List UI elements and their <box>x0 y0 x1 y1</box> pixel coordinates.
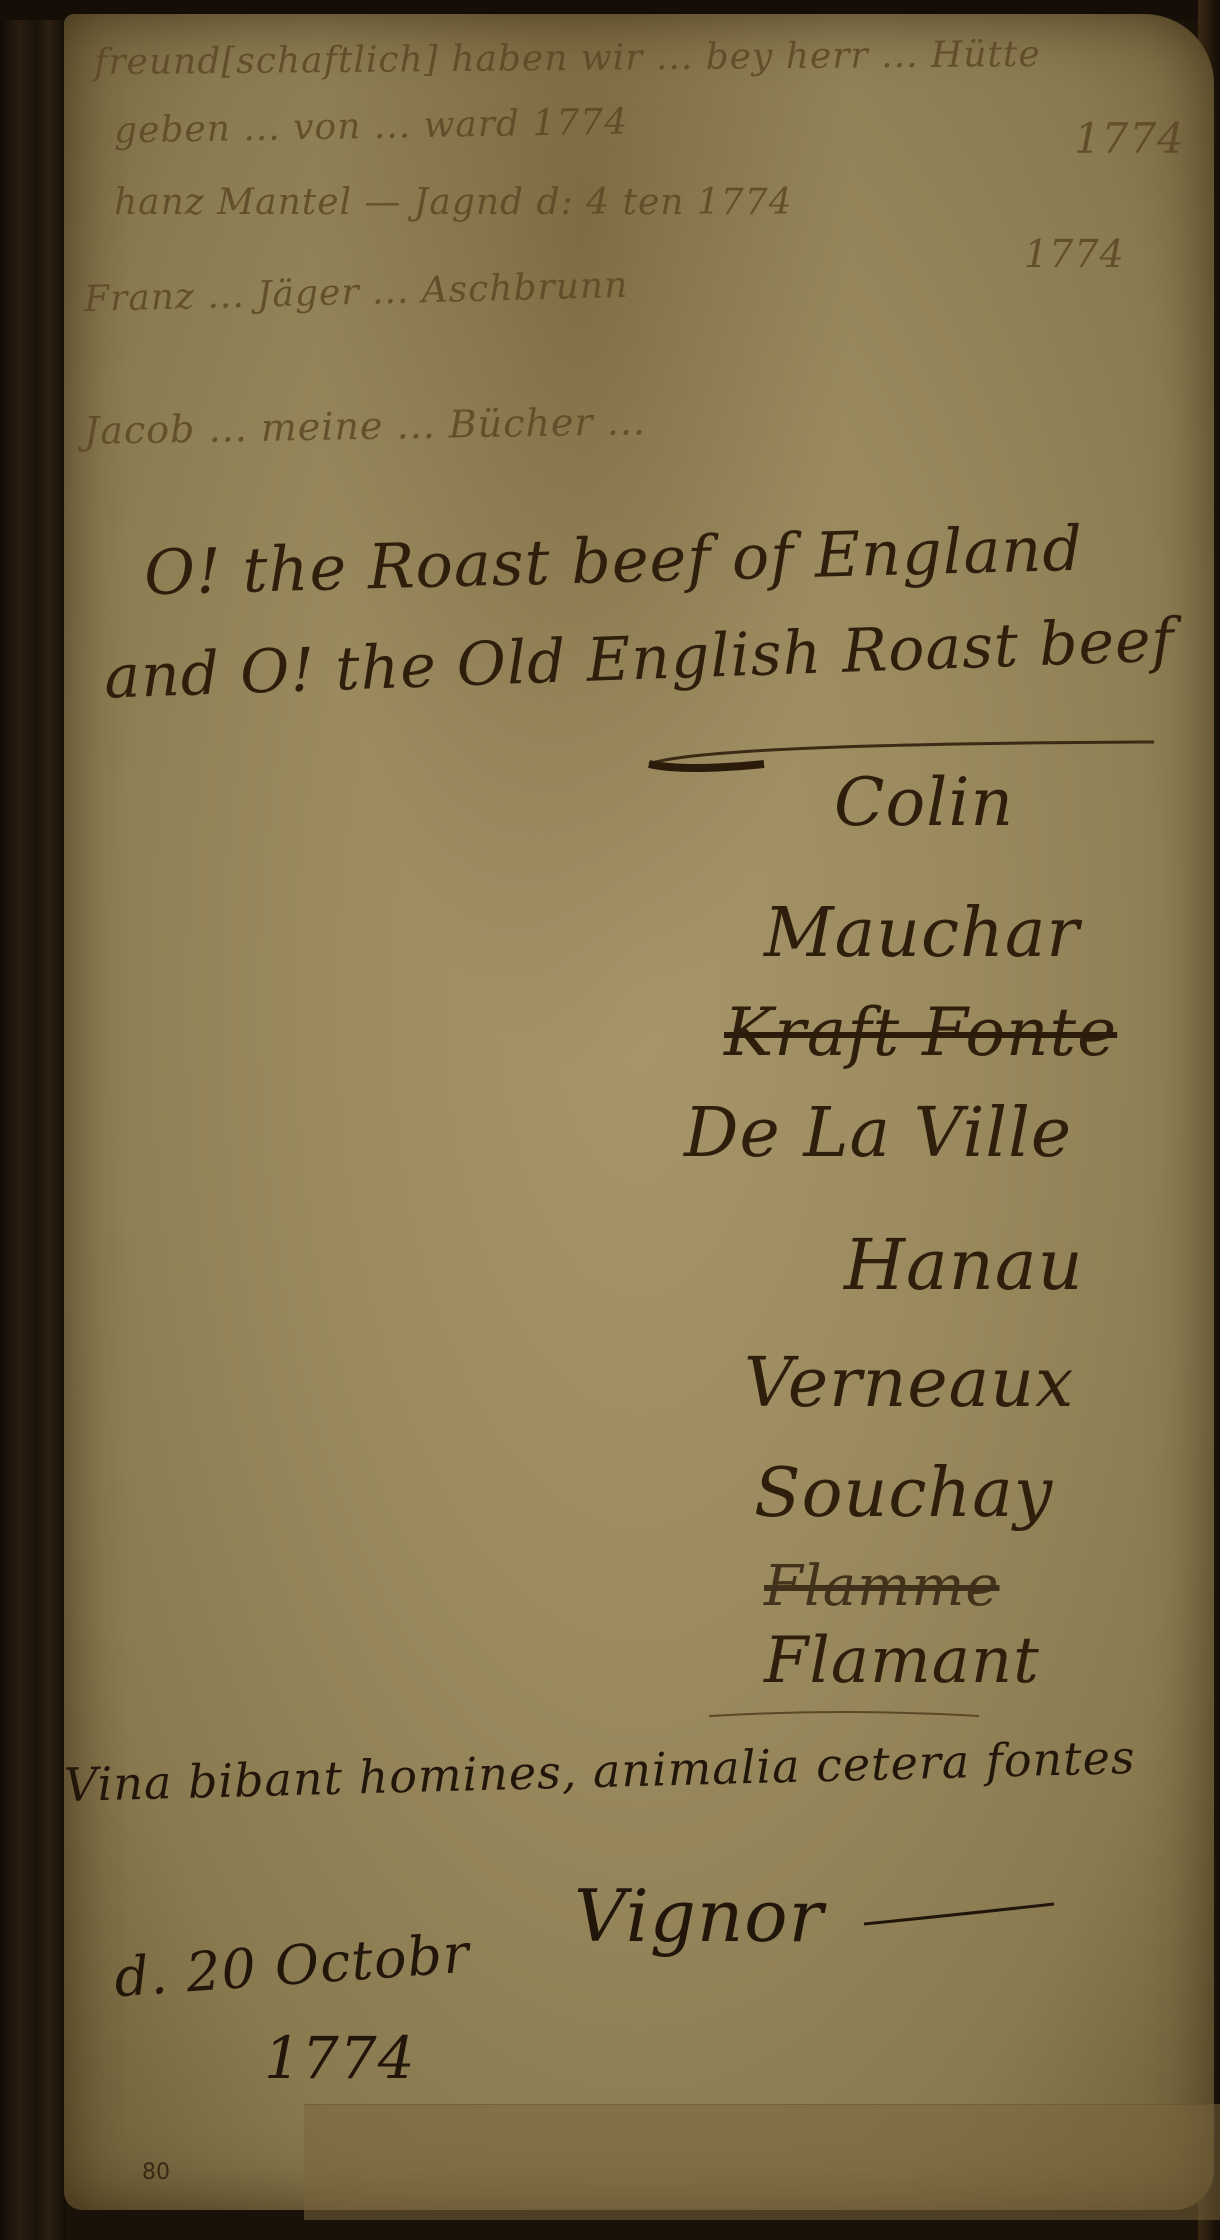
signature-kraft-fonte: Kraft Fonte <box>724 994 1117 1071</box>
signature-colin: Colin <box>834 764 1014 841</box>
signature-underline <box>864 1894 1064 1934</box>
page-number: 80 <box>142 2160 170 2185</box>
german-entry-3: hanz Mantel — Jagnd d: 4 ten 1774 <box>114 182 793 223</box>
pasted-paper-patch <box>304 2104 1220 2220</box>
margin-year-2: 1774 <box>1024 232 1125 276</box>
signature-souchay: Souchay <box>754 1454 1053 1533</box>
english-line-1: O! the Roast beef of England <box>143 512 1084 610</box>
german-entry-2: geben ... von ... ward 1774 <box>114 102 629 152</box>
english-line-2: and O! the Old English Roast beef <box>103 605 1176 712</box>
german-entry-5: Jacob ... meine ... Bücher ... <box>84 399 647 453</box>
manuscript-page: freund[schaftlich] haben wir ... bey her… <box>64 14 1214 2210</box>
signature-mauchar: Mauchar <box>764 894 1080 973</box>
signature-hanau: Hanau <box>844 1224 1084 1306</box>
german-entry-4: Franz ... Jäger ... Aschbrunn <box>84 265 629 320</box>
separator-line <box>704 1704 984 1724</box>
signature-flamme: Flamme <box>764 1554 1000 1619</box>
german-entry-1: freund[schaftlich] haben wir ... bey her… <box>94 34 1041 83</box>
signature-verneaux: Verneaux <box>744 1344 1074 1423</box>
margin-year-1: 1774 <box>1074 114 1185 163</box>
latin-motto: Vina bibant homines, animalia cetera fon… <box>63 1730 1136 1812</box>
book-binding <box>0 0 66 2240</box>
signature-flamant: Flamant <box>764 1624 1040 1698</box>
date-day: d. 20 Octobr <box>112 1922 471 2010</box>
signature-de-la-ville: De La Ville <box>684 1094 1072 1173</box>
signature-vignor: Vignor <box>574 1874 824 1958</box>
date-year: 1774 <box>264 2024 416 2092</box>
